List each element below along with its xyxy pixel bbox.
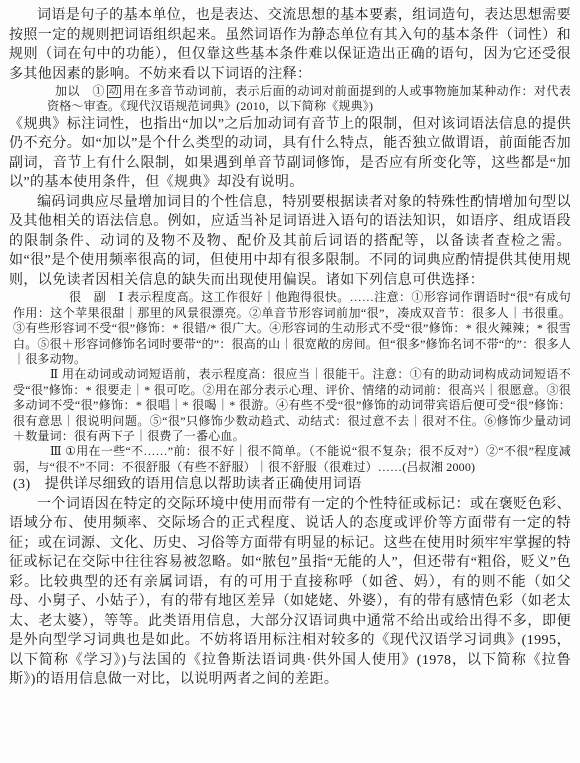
jiayi-definition: 用在多音节动词前，表示后面的动词对前面提到的人或事物施加某种动作：对代表资格～审… [47, 84, 571, 113]
hen-sense-3: Ⅲ ①用在一些“不……”前：很不好｜很不简单。（不能说“很不复杂；很不反对”）②… [13, 444, 571, 475]
section-heading-3: (3) 提供详尽细致的语用信息以帮助读者正确使用词语 [9, 475, 571, 495]
part-of-speech-verb-box: 动 [107, 85, 121, 98]
hen-sense-1: 很 副 Ⅰ 表示程度高。这工作很好｜他跑得很快。……注意：①形容词作谓语时“很”… [13, 290, 571, 367]
jiayi-headword: 加以 ① [55, 84, 105, 98]
document-page: 词语是句子的基本单位，也是表达、交流思想的基本要素，组词造句，表达思想需要按照一… [0, 0, 580, 763]
paragraph-yuyong: 一个词语因在特定的交际环境中使用而带有一定的个性特征或标记：或在褒贬色彩、语域分… [9, 495, 571, 690]
paragraph-bianma: 编码词典应尽量增加词目的个性信息，特别要根据读者对象的特殊性酌情增加句型以及其他… [9, 193, 571, 291]
dict-entry-hen: 很 副 Ⅰ 表示程度高。这工作很好｜他跑得很快。……注意：①形容词作谓语时“很”… [9, 290, 571, 475]
paragraph-guidian-comment: 《规典》标注词性，也指出“加以”之后加动词有音节上的限制，但对该词语法信息的提供… [9, 115, 571, 193]
dict-entry-jiayi: 加以 ①动用在多音节动词前，表示后面的动词对前面提到的人或事物施加某种动作：对代… [9, 84, 571, 115]
paragraph-intro: 词语是句子的基本单位，也是表达、交流思想的基本要素，组词造句，表达思想需要按照一… [9, 6, 571, 84]
hen-sense-2: Ⅱ 用在动词或动词短语前，表示程度高：很应当｜很能干。注意：①有的助动词构成动词… [13, 367, 571, 444]
